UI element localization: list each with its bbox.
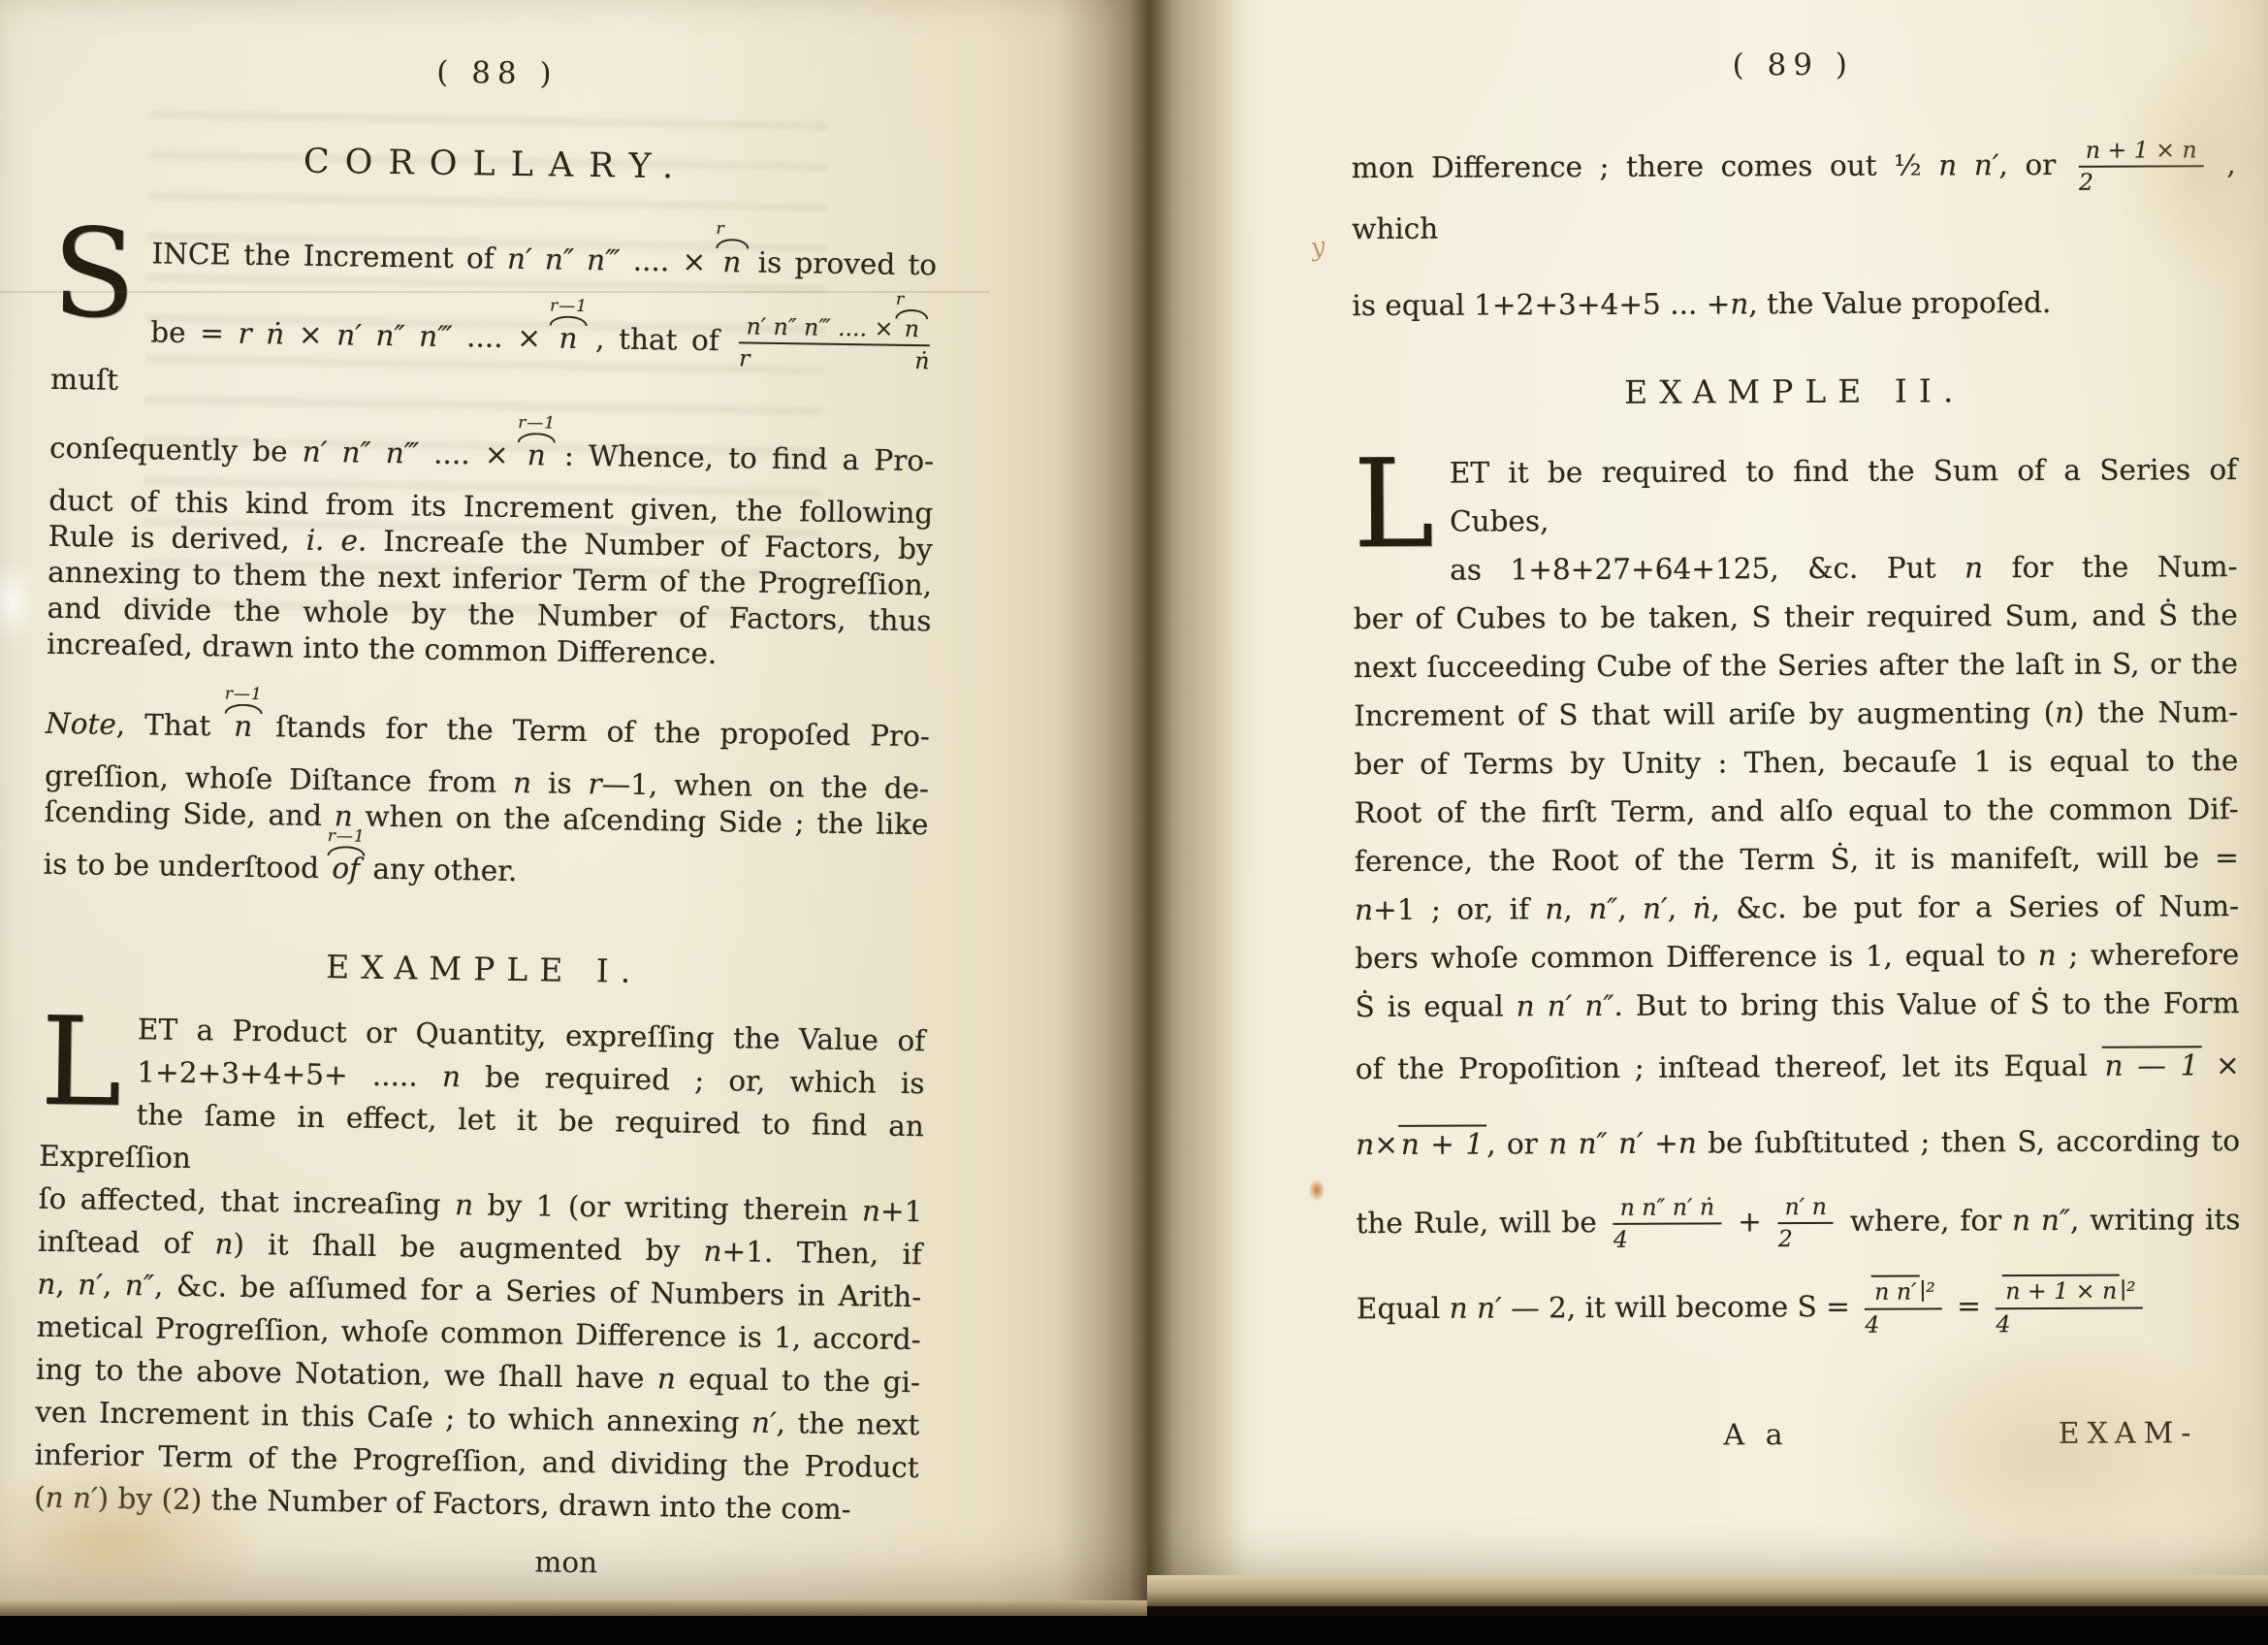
text-line: is to be underſtood r—1of any other.: [43, 830, 928, 913]
example2-heading: EXAMPLE II.: [1353, 371, 2237, 412]
corollary-lines: INCE the Increment of n′ n″ n‴ .... × rn…: [47, 218, 938, 676]
text-line: the ſame in effect, let it be required t…: [39, 1092, 924, 1191]
text-line: Root of the firſt Term, and alſo equal t…: [1355, 785, 2239, 837]
continuation-paragraph: mon Difference ; there comes out ½ n n′,…: [1352, 117, 2237, 336]
text-line: Note, That r—1n ſtands for the Term of t…: [45, 690, 930, 772]
continuation-lines: mon Difference ; there comes out ½ n n′,…: [1352, 117, 2237, 336]
text-line: conſequently be n′ n″ n‴ .... × r—1n : W…: [49, 414, 935, 497]
left-page: ( 88 ) COROLLARY. S INCE the Increment o…: [0, 0, 1147, 1600]
text-line: Ṡ is equal n n′ n″. But to bring this Va…: [1355, 979, 2239, 1031]
example1-heading: EXAMPLE I.: [42, 944, 926, 995]
text-line: of the Propoſition ; inſtead thereof, le…: [1356, 1027, 2240, 1107]
example1-lines: ET a Product or Quantity, expreſſing the…: [34, 1007, 926, 1532]
text-line: INCE the Increment of n′ n″ n‴ .... × rn…: [52, 218, 938, 301]
text-line: Increment of S that will ariſe by augmen…: [1354, 688, 2238, 740]
text-line: next ſucceeding Cube of the Series after…: [1354, 639, 2238, 692]
text-line: the Rule, will be n n″ n′ ṅ4 + n′ n2 whe…: [1356, 1178, 2240, 1268]
example1-paragraph: L ET a Product or Quantity, expreſſing t…: [34, 1007, 926, 1532]
page-edges-right: [1147, 1575, 2268, 1606]
text-line: n+1 ; or, if n, n″, n′, ṅ, &c. be put fo…: [1355, 882, 2239, 934]
text-line: ber of Terms by Unity : Then, becauſe 1 …: [1354, 736, 2238, 789]
text-line: Equal n n′ — 2, it will become S = n n′∣…: [1357, 1264, 2241, 1353]
text-line: bers whoſe common Difference is 1, equal…: [1355, 930, 2239, 983]
drop-cap-s: S: [51, 218, 152, 323]
text-line: be = r ṅ × n′ n″ n‴ .... × r—1n , that o…: [50, 287, 937, 428]
page-number-left: ( 88 ): [55, 49, 940, 98]
scan-background: [0, 1616, 2268, 1645]
footer-row: A a EXAM-: [1357, 1416, 2241, 1454]
text-line: ference, the Root of the Term Ṡ, it is m…: [1355, 833, 2239, 886]
note-lines: Note, That r—1n ſtands for the Term of t…: [43, 690, 930, 913]
text-line: is equal 1+2+3+4+5 ... +n, the Value pro…: [1352, 272, 2236, 336]
corollary-paragraph: S INCE the Increment of n′ n″ n‴ .... × …: [47, 218, 938, 676]
example2-lines: ET it be required to find the Sum of a S…: [1353, 445, 2241, 1353]
left-page-text-column: ( 88 ) COROLLARY. S INCE the Increment o…: [0, 0, 941, 1584]
text-line: ET it be required to find the Sum of a S…: [1353, 445, 2237, 546]
note-paragraph: Note, That r—1n ſtands for the Term of t…: [43, 690, 930, 913]
corollary-heading: COROLLARY.: [53, 139, 938, 191]
page-number-right: ( 89 ): [1351, 46, 2235, 84]
catchword-right: EXAM-: [2059, 1416, 2199, 1451]
signature-mark: A a: [1723, 1418, 1788, 1452]
text-line: as 1+8+27+64+125, &c. Put n for the Num-: [1353, 542, 2237, 595]
page-edges-left: [0, 1600, 1147, 1616]
right-page-text-column: ( 89 ) mon Difference ; there comes out …: [1147, 0, 2242, 1455]
drop-cap-l2: L: [1353, 449, 1450, 553]
text-line: n×n + 1, or n n″ n′ +n be ſubſtituted ; …: [1356, 1103, 2240, 1182]
drop-cap-l: L: [40, 1007, 138, 1112]
example2-paragraph: L ET it be required to find the Sum of a…: [1353, 445, 2241, 1353]
text-line: ber of Cubes to be taken, S their requir…: [1354, 591, 2238, 643]
text-line: mon Difference ; there comes out ½ n n′,…: [1352, 117, 2237, 275]
catchword-left: mon: [33, 1538, 917, 1585]
